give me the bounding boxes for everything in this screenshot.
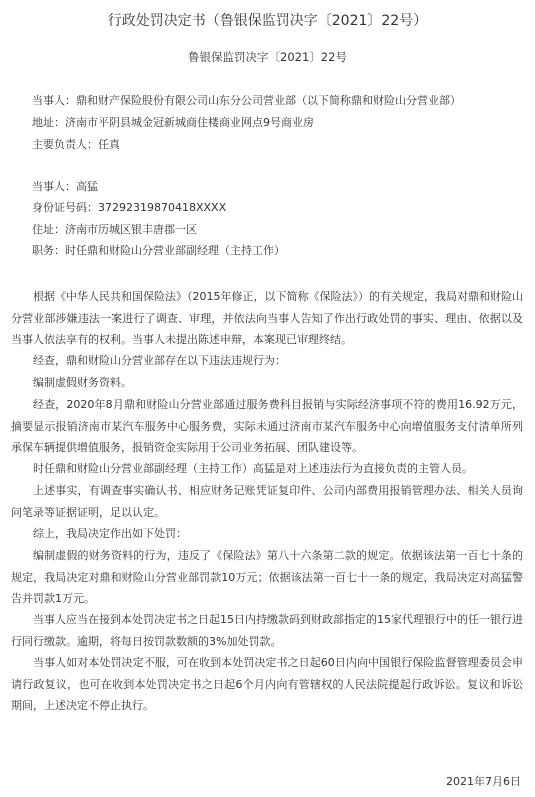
paragraph-penalty: 编制虚假的财务资料的行为，违反了《保险法》第八十六条第二款的规定。依据该法第一百… xyxy=(11,545,523,610)
paragraph-violation-details: 经查，2020年8月鼎和财险山分营业部通过服务费科目报销与实际经济事项不符的费用… xyxy=(11,394,523,459)
party1-principal: 主要负责人：任真 xyxy=(32,138,120,152)
document-date: 2021年7月6日 xyxy=(446,773,521,789)
paragraph-appeal: 当事人如对本处罚决定不服，可在收到本处罚决定书之日起60日内向中国银行保险监督管… xyxy=(11,652,523,717)
party1-address: 地址：济南市平阴县城金冠新城商住楼商业网点9号商业房 xyxy=(32,116,314,130)
paragraph-findings-intro: 经查，鼎和财险山分营业部存在以下违法违规行为： xyxy=(11,350,523,372)
party1-name: 当事人：鼎和财产保险股份有限公司山东分公司营业部（以下简称鼎和财险山分营业部） xyxy=(32,94,461,108)
party2-position: 职务：时任鼎和财险山分营业部副经理（主持工作） xyxy=(32,244,285,258)
document-number: 鲁银保监罚决字〔2021〕22号 xyxy=(0,49,535,65)
paragraph-responsible-person: 时任鼎和财险山分营业部副经理（主持工作）高猛是对上述违法行为直接负责的主管人员。 xyxy=(11,458,523,480)
document-title: 行政处罚决定书（鲁银保监罚决字〔2021〕22号） xyxy=(0,10,535,30)
paragraph-evidence: 上述事实，有调查事实确认书、相应财务记账凭证复印件、公司内部费用报销管理办法、相… xyxy=(11,480,523,523)
party2-id: 身份证号码：37292319870418XXXX xyxy=(32,201,226,215)
paragraph-decision-intro: 综上，我局决定作出如下处罚： xyxy=(11,523,523,545)
party2-residence: 住址：济南市历城区银丰唐郡一区 xyxy=(32,223,197,237)
paragraph-legal-basis: 根据《中华人民共和国保险法》（2015年修正，以下简称《保险法》）的有关规定，我… xyxy=(11,286,523,351)
paragraph-payment: 当事人应当在接到本处罚决定书之日起15日内持缴款码到财政部指定的15家代理银行中… xyxy=(11,609,523,652)
party2-name: 当事人：高猛 xyxy=(32,180,98,194)
paragraph-violation: 编制虚假财务资料。 xyxy=(11,372,523,394)
